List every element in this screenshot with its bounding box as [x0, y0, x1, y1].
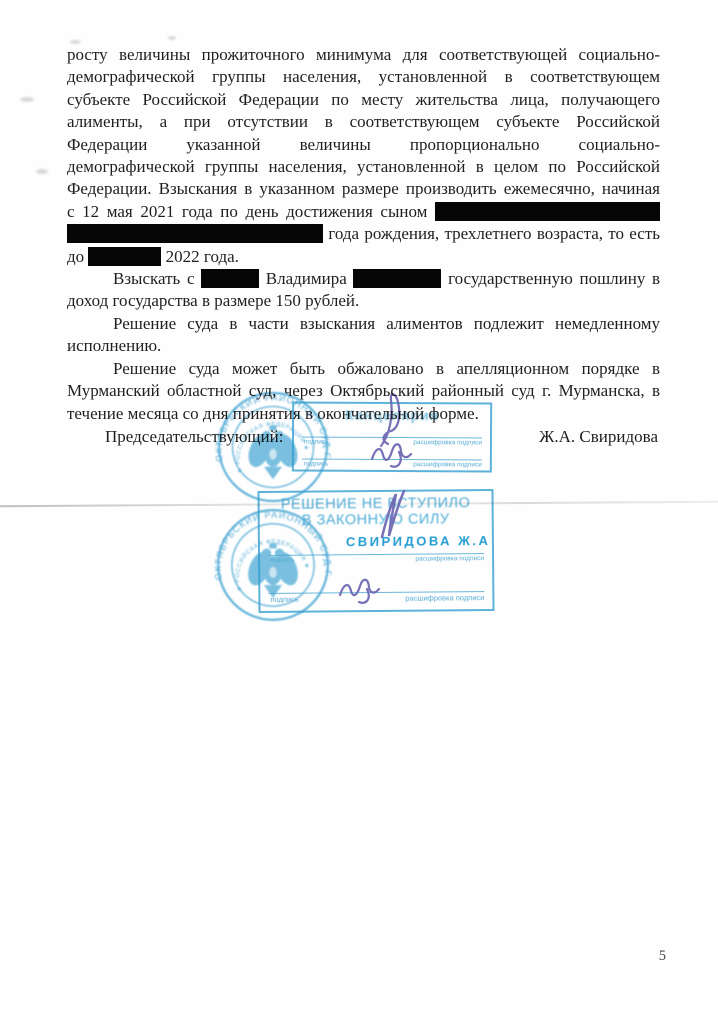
svg-text:★ РОССИЙСКАЯ ФЕДЕРАЦИЯ ★: ★ РОССИЙСКАЯ ФЕДЕРАЦИЯ ★	[235, 539, 311, 592]
judgment-body-text: росту величины прожиточного минимума для…	[67, 44, 660, 425]
document-text-segment: до	[67, 247, 84, 266]
document-text-segment: доход государства в размере 150 рублей.	[67, 291, 359, 310]
judge-name: Ж.А. Свиридова	[539, 427, 658, 447]
document-text-segment: Федерации указанной величины пропорциона…	[67, 135, 660, 154]
stamp-sign-label: подпись	[304, 461, 329, 468]
document-text-segment: Федерации. Взыскания в указанном размере…	[67, 179, 660, 198]
not-in-force-line2: В ЗАКОННУЮ СИЛУ	[260, 511, 492, 529]
seal-inner-text: ★ РОССИЙСКАЯ ФЕДЕРАЦИЯ ★	[235, 539, 311, 592]
scan-speck	[36, 169, 48, 174]
document-text-segment: субъекте Российской Федерации по месту ж…	[67, 90, 660, 109]
page-number: 5	[659, 948, 666, 965]
document-line: росту величины прожиточного минимума для…	[67, 44, 660, 66]
document-line: демографической группы населения, устано…	[67, 66, 660, 88]
redaction-bar	[353, 269, 441, 288]
document-text-segment: Решение суда может быть обжаловано в апе…	[113, 359, 660, 378]
signature-stroke	[372, 444, 411, 467]
document-line: течение месяца со дня принятия в окончат…	[67, 403, 660, 425]
document-text-segment: Взыскать с	[113, 269, 195, 288]
document-line: Решение суда в части взыскания алиментов…	[67, 313, 660, 335]
document-text-segment: демографической группы населения, устано…	[67, 157, 660, 176]
document-line: субъекте Российской Федерации по месту ж…	[67, 89, 660, 111]
stamp-sign-label: подпись	[270, 595, 298, 604]
signature-stroke	[340, 580, 379, 603]
signature-row: Председательствующий: Ж.А. Свиридова	[105, 427, 658, 447]
document-line: года рождения, трехлетнего возраста, то …	[67, 223, 660, 245]
document-text-segment: с 12 мая 2021 года по день достижения сы…	[67, 202, 427, 221]
document-text-segment: Владимира	[266, 269, 347, 288]
redaction-bar	[67, 224, 323, 243]
scanned-court-document-page: росту величины прожиточного минимума для…	[0, 0, 718, 1024]
document-line: Взыскать с Владимира государственную пош…	[67, 268, 660, 290]
stamp-signature-line	[268, 591, 484, 594]
seal-outer-text: ОКТЯБРЬСКИЙ РАЙОННЫЙ СУД Г. МУРМАНСКА ★	[209, 501, 333, 581]
document-line: демографической группы населения, устано…	[67, 156, 660, 178]
document-text-segment: росту величины прожиточного минимума для…	[67, 45, 660, 64]
document-text-segment: течение месяца со дня принятия в окончат…	[67, 404, 479, 423]
stamp-signature-line	[268, 553, 484, 556]
document-text-segment: 2022 года.	[166, 247, 239, 266]
redaction-bar	[88, 247, 161, 266]
svg-text:ОКТЯБРЬСКИЙ РАЙОННЫЙ СУД Г. МУ: ОКТЯБРЬСКИЙ РАЙОННЫЙ СУД Г. МУРМАНСКА ★	[209, 501, 333, 581]
document-line: с 12 мая 2021 года по день достижения сы…	[67, 201, 660, 223]
not-in-force-stamp: РЕШЕНИЕ НЕ ВСТУПИЛО В ЗАКОННУЮ СИЛУ СВИР…	[257, 489, 494, 613]
document-line: Решение суда может быть обжаловано в апе…	[67, 358, 660, 380]
document-text-segment: Мурманский областной суд, через Октябрьс…	[67, 381, 660, 400]
document-line: до 2022 года.	[67, 246, 660, 268]
scan-speck	[20, 97, 34, 102]
document-line: исполнению.	[67, 335, 660, 357]
scan-speck	[168, 36, 176, 40]
document-text-segment: алименты, а при отсутствии в соответству…	[67, 112, 660, 131]
redaction-bar	[435, 202, 660, 221]
scan-fold-line	[0, 501, 718, 507]
document-line: Мурманский областной суд, через Октябрьс…	[67, 380, 660, 402]
document-text-segment: года рождения, трехлетнего возраста, то …	[328, 224, 660, 243]
judge-facsimile-stamp: СВИРИДОВА Ж.А	[346, 533, 491, 549]
stamp-decode-label: расшифровка подписи	[415, 555, 484, 563]
stamp-sign-label: подпись	[270, 557, 295, 564]
double-headed-eagle-icon	[244, 543, 302, 598]
document-line: Федерации. Взыскания в указанном размере…	[67, 178, 660, 200]
redaction-bar	[201, 269, 259, 288]
document-line: Федерации указанной величины пропорциона…	[67, 134, 660, 156]
stamp-signature-line	[302, 459, 482, 461]
stamp-decode-label: расшифровка подписи	[405, 593, 484, 603]
signature-stroke	[382, 491, 404, 537]
document-line: алименты, а при отсутствии в соответству…	[67, 111, 660, 133]
document-text-segment: демографической группы населения, устано…	[67, 67, 660, 86]
document-line: доход государства в размере 150 рублей.	[67, 290, 660, 312]
presiding-judge-label: Председательствующий:	[105, 427, 283, 447]
document-text-segment: государственную пошлину в	[448, 269, 660, 288]
document-text-segment: Решение суда в части взыскания алиментов…	[113, 314, 660, 333]
court-round-seal: ОКТЯБРЬСКИЙ РАЙОННЫЙ СУД Г. МУРМАНСКА ★ …	[209, 501, 337, 629]
stamp-decode-label: расшифровка подписи	[413, 461, 482, 468]
document-text-segment: исполнению.	[67, 336, 161, 355]
